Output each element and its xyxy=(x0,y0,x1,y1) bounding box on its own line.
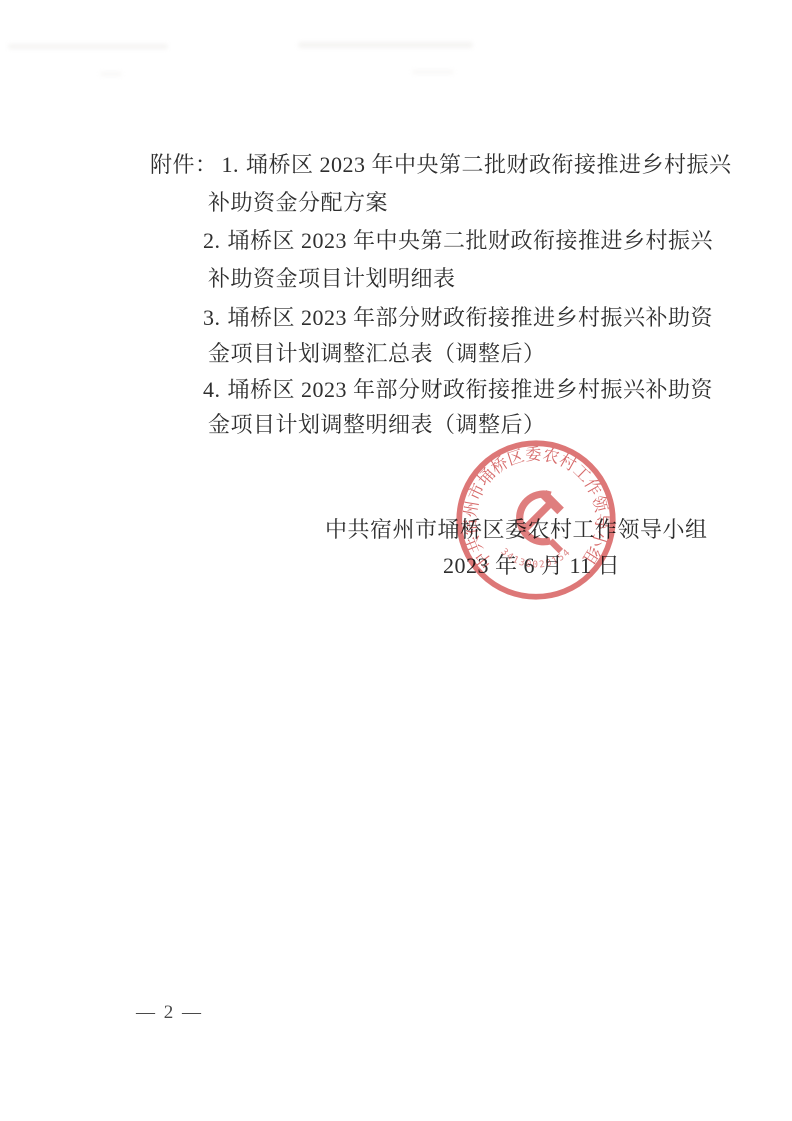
attachment-line-7: 4.埇桥区 2023 年部分财政衔接推进乡村振兴补助资 xyxy=(203,377,713,403)
scan-artifact xyxy=(412,70,454,74)
attachment-item-3-number: 3. xyxy=(203,305,221,330)
attachment-item-3-text: 埇桥区 2023 年部分财政衔接推进乡村振兴补助资 xyxy=(228,305,714,330)
attachment-item-4-number: 4. xyxy=(203,377,221,402)
page-number: — 2 — xyxy=(136,1002,203,1024)
attachment-item-1-text-cont: 补助资金分配方案 xyxy=(208,190,388,215)
attachment-item-2-text: 埇桥区 2023 年中央第二批财政衔接推进乡村振兴 xyxy=(228,228,714,253)
attachment-item-4-text: 埇桥区 2023 年部分财政衔接推进乡村振兴补助资 xyxy=(228,377,714,402)
attachment-item-1-number: 1. xyxy=(222,152,240,177)
attachment-item-2-number: 2. xyxy=(203,228,221,253)
scan-artifact xyxy=(8,44,168,49)
attachment-item-3-text-cont: 金项目计划调整汇总表（调整后） xyxy=(208,341,546,366)
attachment-line-8: 金项目计划调整明细表（调整后） xyxy=(208,412,546,438)
sickle-handle xyxy=(551,541,561,551)
attachment-line-4: 补助资金项目计划明细表 xyxy=(208,266,456,292)
attachment-label: 附件： xyxy=(150,152,218,177)
attachment-item-2-text-cont: 补助资金项目计划明细表 xyxy=(208,266,456,291)
official-seal: 中共宿州市埇桥区委农村工作领导小组 34130020154 xyxy=(453,437,619,603)
attachment-item-1-text: 埇桥区 2023 年中央第二批财政衔接推进乡村振兴 xyxy=(246,152,732,177)
attachment-line-2: 补助资金分配方案 xyxy=(208,190,388,216)
hammer-sickle-icon xyxy=(517,490,564,551)
official-seal-graphic: 中共宿州市埇桥区委农村工作领导小组 34130020154 xyxy=(453,437,619,603)
attachment-line-1: 附件：1.埇桥区 2023 年中央第二批财政衔接推进乡村振兴 xyxy=(150,152,732,178)
document-page: 附件：1.埇桥区 2023 年中央第二批财政衔接推进乡村振兴 补助资金分配方案 … xyxy=(0,0,792,1121)
seal-code-textpath: 34130020154 xyxy=(499,546,574,570)
seal-code-text: 34130020154 xyxy=(499,546,574,570)
attachment-item-4-text-cont: 金项目计划调整明细表（调整后） xyxy=(208,412,546,437)
attachment-line-3: 2.埇桥区 2023 年中央第二批财政衔接推进乡村振兴 xyxy=(203,228,713,254)
scan-artifact xyxy=(100,72,122,76)
attachment-line-5: 3.埇桥区 2023 年部分财政衔接推进乡村振兴补助资 xyxy=(203,305,713,331)
scan-artifact xyxy=(298,42,473,48)
attachment-line-6: 金项目计划调整汇总表（调整后） xyxy=(208,341,546,367)
